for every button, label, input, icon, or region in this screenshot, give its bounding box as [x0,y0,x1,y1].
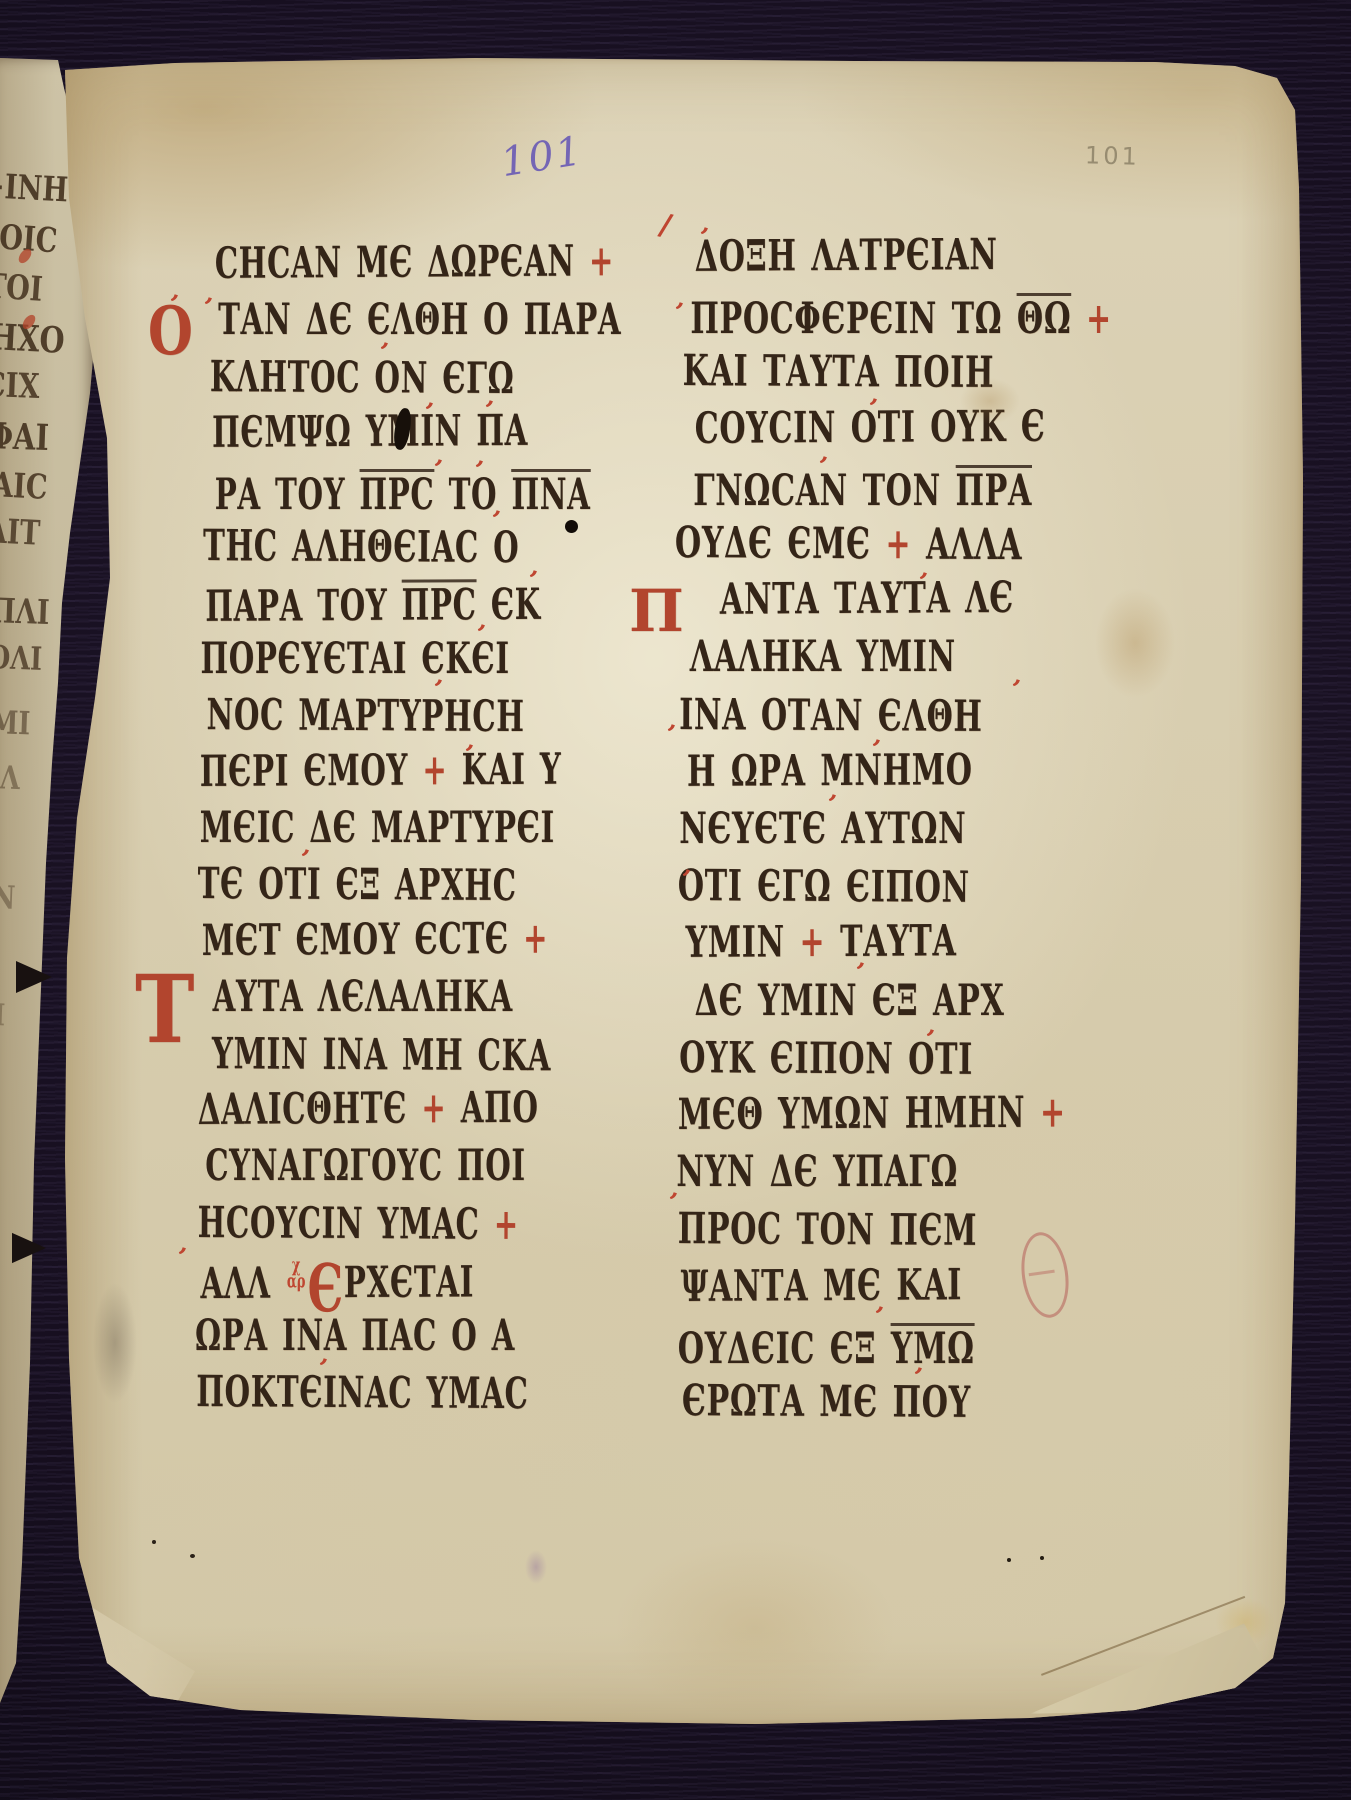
text-fragment: ΛΙΤ [0,511,41,554]
text-run: ΔЄ ΥΜΙΝ ЄΞ ΑΡΧ [695,976,1005,1026]
speck [152,1540,156,1544]
text-line: ΩΡΑ ΙΝΑ ΠΑС Ο Α [195,1315,515,1358]
text-fragment: ΙΛ [0,758,20,797]
text-run: ЄΡΩΤΑ ΜЄ ΠΟΥ [682,1376,971,1428]
text-line: ΔΟΞΗ ΛΑΤΡЄΙΑΝ [675,234,998,279]
nomen-sacrum: ΥΜΩ [891,1323,975,1371]
nomen-sacrum: ΠΡС [359,469,434,517]
text-line: ΜЄΘ ΥΜΩΝ ΗΜΗΝ + [675,1092,1066,1137]
text-run: ΛΑΛΗΚΑ ΥΜΙΝ [690,632,956,682]
text-run: ΟΥΔЄΙС ЄΞ [678,1324,891,1374]
text-line: ΤЄ ΟΤΙ ЄΞ ΑΡΧΗС [195,863,517,908]
text-run: ΑΠΟ [461,1083,539,1133]
text-line: ΠЄΡΙ ЄΜΟΥ + ΚΑΙ Υ [195,748,561,793]
text-fragment: ΑΙС [0,465,48,508]
rubric-cross: + [871,519,926,569]
text-run: СΗСΑΝ ΜЄ ΔΩΡЄΑΝ [215,236,589,288]
text-fragment: ΠΛΙ [0,591,50,633]
text-fragment: ЄΙΧ [0,365,40,407]
text-fragment: ΤΟΙ [0,266,44,310]
speck [190,1554,195,1558]
nomen-sacrum: ΠΡΑ [955,465,1032,513]
text-line: ΥΜΙΝ ΙΝΑ ΜΗ СΚΑ [195,1033,551,1078]
text-run: ΑΛΛΑ [926,520,1022,571]
illuminated-initial: Π [629,582,684,640]
text-line: ΤΗС ΑΛΗΘЄΙΑС Ο [195,525,519,570]
rubric-cross: + [589,236,614,286]
text-fragment: +ΙΝΗ [0,166,69,210]
text-fragment: ΜΙ [0,703,31,742]
folio-number-pencil: 101 [1085,141,1141,170]
rubric-cross: + [1071,294,1112,344]
text-run: ΔΑΛΙСΘΗΤЄ [198,1084,407,1135]
rubric-cross: + [408,745,462,795]
text-run: ΤЄ ΟΤΙ ЄΞ ΑΡΧΗС [198,859,517,911]
text-run: СΥΝΑΓΩΓΟΥС ΠΟΙ [205,1141,526,1191]
text-run: ΝΥΝ ΔЄ ΥΠΑΓΩ [676,1147,958,1197]
text-line: ΝЄΥЄΤЄ ΑΥΤΩΝ [675,808,966,851]
text-run: ΜЄΙС ΔЄ ΜΑΡΤΥΡЄΙ [200,803,555,853]
text-line: ΠΑΡΑ ΤΟΥ ΠΡС ЄΚ [195,579,541,629]
text-line: ЄΡΩΤΑ ΜЄ ΠΟΥ [675,1380,971,1425]
text-line: ΛΑΛΗΚΑ ΥΜΙΝ [675,636,956,679]
text-line: ΑΥΤΑ ΛЄΛΑΛΗΚΑ [195,976,513,1019]
text-run: ΟΥΔЄ ЄΜЄ [675,518,871,569]
text-line: ΚΛΗΤΟС ΟΝ ЄΓΩ [195,356,515,401]
red-accent-mark: / [656,207,675,244]
text-run: ΑΛΛ [200,1259,285,1310]
manuscript-page: СΗСΑΝ ΜЄ ΔΩΡЄΑΝ +ΤΑΝ ΔЄ ЄΛΘΗ Ο ΠΑΡΑΚΛΗΤΟ… [55,58,1303,1726]
text-run: ΠΟΡЄΥЄΤΑΙ ЄΚЄΙ [200,634,509,684]
text-run: ΑΝΤΑ ΤΑΥΤΑ ΛЄ [720,573,1014,625]
text-run: ΡΧЄΤΑΙ [344,1258,474,1309]
text-line: ΥΜΙΝ + ΤΑΥΤΑ [675,921,957,966]
text-line: ΑΛΛ χαρЄΡΧЄΤΑΙ [195,1256,474,1306]
speck [1007,1558,1011,1562]
text-line: СΗСΑΝ ΜЄ ΔΩΡЄΑΝ + [195,240,614,286]
text-run: ΙΝΑ ΟΤΑΝ ЄΛΘΗ [679,690,983,742]
text-run: ΠΡΟСΦЄΡЄΙΝ ΤΩ [690,294,1017,344]
text-run: ΔΟΞΗ ΛΑΤΡЄΙΑΝ [695,230,998,282]
text-run: ΝΟС ΜΑΡΤΥΡΗСΗ [206,690,524,742]
text-run: ΩΡΑ ΙΝΑ ΠΑС Ο Α [195,1311,515,1361]
text-line: ΠЄΜΨΩ ΥΜΙΝ ΠΑ [195,410,528,455]
text-line: ΟΥΔЄ ЄΜЄ + ΑΛΛΑ [675,522,1022,567]
text-run: ΠΑΡΑ ΤΟΥ [205,581,402,632]
rubric-cross: + [523,914,548,964]
text-line: ΠΟΚΤЄΙΝΑС ΥΜΑС [195,1371,529,1416]
stain [1095,588,1175,698]
text-fragment: Ι [0,998,6,1033]
text-line: ΚΑΙ ΤΑΥΤΑ ΠΟΙΗ [675,350,994,395]
text-line: ΑΝΤΑ ΤΑΥΤΑ ΛЄ [675,577,1014,622]
smudge [93,1283,137,1403]
text-run: ΡΑ ΤΟΥ [215,470,360,520]
text-line: ΟΤΙ ЄΓΩ ЄΙΠΟΝ [675,865,970,910]
rubric-cross: + [785,917,840,967]
ink-smudge [525,1550,547,1584]
text-line: ΨΑΝΤΑ ΜЄ ΚΑΙ [675,1264,962,1309]
text-run: ΠЄΜΨΩ ΥΜΙΝ ΠΑ [212,406,528,458]
text-line: ΝΥΝ ΔЄ ΥΠΑΓΩ [675,1151,958,1194]
speck [1040,1556,1044,1560]
text-line: ΠΡΟС ΤΟΝ ΠЄΜ [675,1208,977,1253]
text-line: ΔЄ ΥΜΙΝ ЄΞ ΑΡΧ [675,980,1005,1023]
text-run: ΜЄΘ ΥΜΩΝ ΗΜΗΝ [678,1088,1026,1140]
text-line: ΤΑΝ ΔЄ ЄΛΘΗ Ο ΠΑΡΑ [195,299,621,342]
text-line: ΟΥΔЄΙС ЄΞ ΥΜΩ [675,1323,975,1371]
text-line: ΠΡΟСΦЄΡЄΙΝ ΤΩ ΘΩ + [675,293,1112,341]
text-line: ΠΟΡЄΥЄΤΑΙ ЄΚЄΙ [195,638,510,681]
lection-marker: χαρ [287,1257,306,1289]
stain [615,1538,895,1718]
text-fragment: Ν [0,878,16,917]
text-run: ΠЄΡΙ ЄΜΟΥ [200,745,408,796]
text-run: ΚΑΙ ΤΑΥΤΑ ΠΟΙΗ [683,346,995,398]
rubric-cross: + [407,1083,461,1133]
red-accent-mark: ’ [172,1242,189,1273]
text-run: ΗСΟΥСΙΝ ΥΜΑС [198,1198,494,1250]
nomen-sacrum: ΠΡС [402,580,477,628]
red-accent-mark: ’ [1006,674,1023,705]
text-line: ΓΝΩСΑΝ ΤΟΝ ΠΡΑ [675,465,1032,513]
folio-number-purple-ink: 101 [498,128,587,186]
text-line: ΔΑΛΙСΘΗΤЄ + ΑΠΟ [195,1087,539,1132]
text-line: Η ΩΡΑ ΜΝΗΜΟ [675,749,973,794]
ink-dot [565,520,578,533]
nomen-sacrum: ΠΝΑ [511,469,590,517]
text-line: ΙΝΑ ΟΤΑΝ ЄΛΘΗ [675,694,983,739]
rubric-cross: + [494,1200,519,1250]
nomen-sacrum: ΘΩ [1017,293,1071,341]
text-line: СΟΥСΙΝ ΟΤΙ ΟΥΚ Є [675,405,1046,450]
text-run: ΜЄΤ ЄΜΟΥ ЄСΤЄ [202,914,523,966]
rubric-cross: + [1025,1088,1066,1138]
text-run: ΑΥΤΑ ΛЄΛΑΛΗΚΑ [213,972,513,1022]
text-run: ΥΜΙΝ [685,918,784,969]
text-run: ΠΡΟС ΤΟΝ ΠЄΜ [678,1204,978,1256]
text-line: ΡΑ ΤΟΥ ΠΡС ΤΟ ΠΝΑ [195,469,591,517]
text-run: ΤΑΝ ΔЄ ЄΛΘΗ Ο ΠΑΡΑ [218,295,621,345]
text-line: ΝΟС ΜΑΡΤΥΡΗСΗ [195,694,525,739]
text-run: ΟΤΙ ЄΓΩ ЄΙΠΟΝ [678,861,970,913]
text-line: СΥΝΑΓΩΓΟΥС ΠΟΙ [195,1145,526,1188]
text-run: ΚΑΙ Υ [462,744,562,795]
illuminated-initial: Τ [135,963,194,1057]
text-line: ΜЄΤ ЄΜΟΥ ЄСΤЄ + [195,918,548,963]
text-run: ΚΛΗΤΟС ΟΝ ЄΓΩ [210,352,515,404]
text-run: ΠΟΚΤЄΙΝΑС ΥΜΑС [196,1367,528,1419]
text-run: ΨΑΝΤΑ ΜЄ ΚΑΙ [681,1260,962,1312]
red-ring-mark [1016,1229,1074,1321]
text-fragment: ΦΑΙ [0,415,50,459]
manuscript-photo: { "folio": { "pencil_number": "101", "pu… [0,0,1351,1800]
text-run: ΥΜΙΝ ΙΝΑ ΜΗ СΚΑ [212,1029,551,1081]
text-fragment: ΟΛΙ [0,638,43,678]
text-run: ΤΗС ΑΛΗΘЄΙΑС Ο [203,521,519,573]
text-line: ΜЄΙС ΔЄ ΜΑΡΤΥΡЄΙ [195,807,555,850]
text-line: ΗСΟΥСΙΝ ΥΜΑС + [195,1202,519,1247]
